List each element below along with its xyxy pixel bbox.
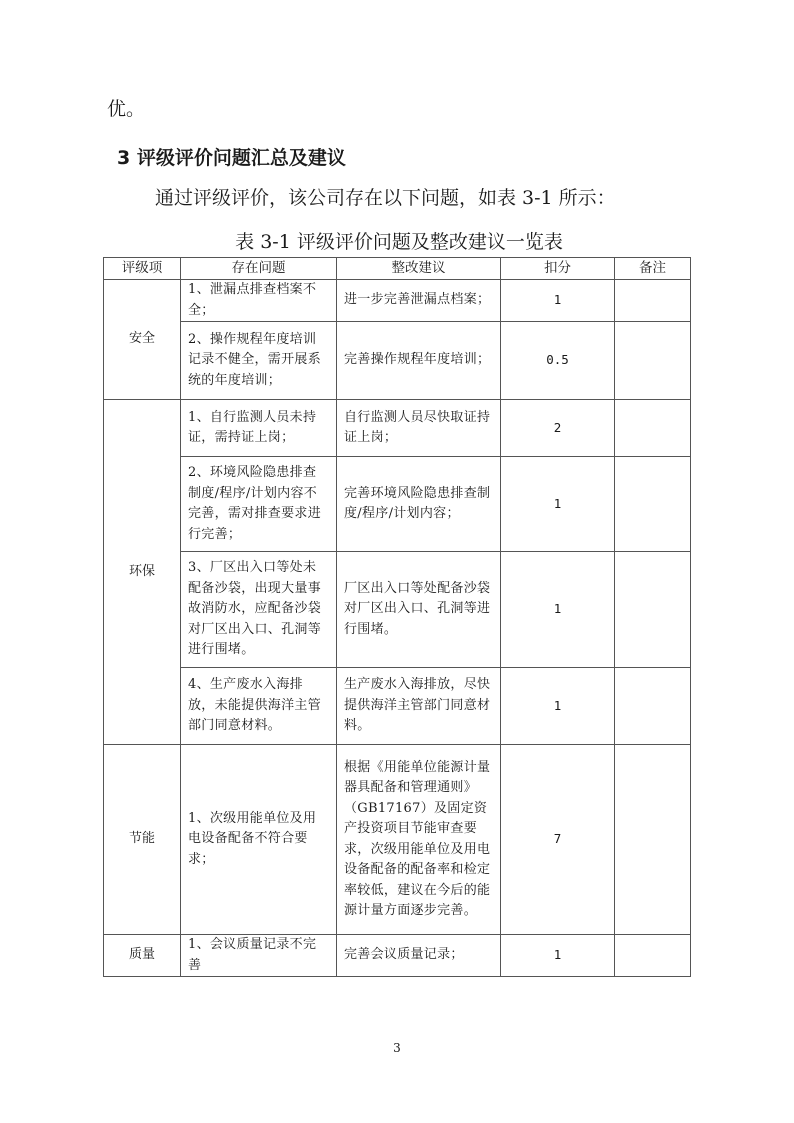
- score-cell: 1: [501, 552, 615, 668]
- header-note: 备注: [615, 258, 691, 280]
- page-number: 3: [0, 1041, 794, 1055]
- category-cell-energy: 节能: [104, 745, 181, 935]
- note-cell: [615, 322, 691, 400]
- issue-cell: 1、次级用能单位及用电设备配备不符合要求；: [181, 745, 337, 935]
- note-cell: [615, 668, 691, 745]
- issues-table: 评级项 存在问题 整改建议 扣分 备注 安全 1、泄漏点排查档案不全； 进一步完…: [103, 257, 691, 977]
- note-cell: [615, 280, 691, 322]
- header-suggestion: 整改建议: [337, 258, 501, 280]
- score-cell: 1: [501, 935, 615, 977]
- section-heading: 3 评级评价问题汇总及建议: [117, 143, 346, 170]
- table-row: 4、生产废水入海排放，未能提供海洋主管部门同意材料。 生产废水入海排放，尽快提供…: [104, 668, 691, 745]
- issue-cell: 1、自行监测人员未持证，需持证上岗；: [181, 400, 337, 457]
- issue-cell: 3、厂区出入口等处未配备沙袋，出现大量事故消防水，应配备沙袋对厂区出入口、孔洞等…: [181, 552, 337, 668]
- issue-cell: 4、生产废水入海排放，未能提供海洋主管部门同意材料。: [181, 668, 337, 745]
- suggestion-cell: 厂区出入口等处配备沙袋对厂区出入口、孔洞等进行围堵。: [337, 552, 501, 668]
- issue-cell: 1、泄漏点排查档案不全；: [181, 280, 337, 322]
- header-score: 扣分: [501, 258, 615, 280]
- previous-paragraph-tail: 优。: [107, 94, 145, 121]
- table-row: 环保 1、自行监测人员未持证，需持证上岗； 自行监测人员尽快取证持证上岗； 2: [104, 400, 691, 457]
- note-cell: [615, 745, 691, 935]
- table-row: 质量 1、会议质量记录不完善 完善会议质量记录； 1: [104, 935, 691, 977]
- score-cell: 0.5: [501, 322, 615, 400]
- category-cell-safety: 安全: [104, 280, 181, 400]
- table-row: 安全 1、泄漏点排查档案不全； 进一步完善泄漏点档案； 1: [104, 280, 691, 322]
- note-cell: [615, 400, 691, 457]
- suggestion-cell: 生产废水入海排放，尽快提供海洋主管部门同意材料。: [337, 668, 501, 745]
- category-cell-environment: 环保: [104, 400, 181, 745]
- table-row: 2、操作规程年度培训记录不健全，需开展系统的年度培训； 完善操作规程年度培训； …: [104, 322, 691, 400]
- suggestion-cell: 完善操作规程年度培训；: [337, 322, 501, 400]
- header-category: 评级项: [104, 258, 181, 280]
- note-cell: [615, 552, 691, 668]
- score-cell: 7: [501, 745, 615, 935]
- issue-cell: 2、操作规程年度培训记录不健全，需开展系统的年度培训；: [181, 322, 337, 400]
- suggestion-cell: 根据《用能单位能源计量器具配备和管理通则》（GB17167）及固定资产投资项目节…: [337, 745, 501, 935]
- intro-paragraph: 通过评级评价，该公司存在以下问题，如表 3-1 所示：: [155, 183, 616, 210]
- category-cell-quality: 质量: [104, 935, 181, 977]
- suggestion-cell: 完善环境风险隐患排查制度/程序/计划内容；: [337, 457, 501, 552]
- table-row: 节能 1、次级用能单位及用电设备配备不符合要求； 根据《用能单位能源计量器具配备…: [104, 745, 691, 935]
- table-row: 3、厂区出入口等处未配备沙袋，出现大量事故消防水，应配备沙袋对厂区出入口、孔洞等…: [104, 552, 691, 668]
- score-cell: 1: [501, 280, 615, 322]
- score-cell: 1: [501, 668, 615, 745]
- issue-cell: 2、环境风险隐患排查制度/程序/计划内容不完善，需对排查要求进行完善；: [181, 457, 337, 552]
- table-row: 2、环境风险隐患排查制度/程序/计划内容不完善，需对排查要求进行完善； 完善环境…: [104, 457, 691, 552]
- issue-cell: 1、会议质量记录不完善: [181, 935, 337, 977]
- suggestion-cell: 自行监测人员尽快取证持证上岗；: [337, 400, 501, 457]
- table-caption: 表 3-1 评级评价问题及整改建议一览表: [0, 227, 794, 254]
- suggestion-cell: 进一步完善泄漏点档案；: [337, 280, 501, 322]
- suggestion-cell: 完善会议质量记录；: [337, 935, 501, 977]
- score-cell: 2: [501, 400, 615, 457]
- note-cell: [615, 935, 691, 977]
- score-cell: 1: [501, 457, 615, 552]
- header-issue: 存在问题: [181, 258, 337, 280]
- note-cell: [615, 457, 691, 552]
- table-header-row: 评级项 存在问题 整改建议 扣分 备注: [104, 258, 691, 280]
